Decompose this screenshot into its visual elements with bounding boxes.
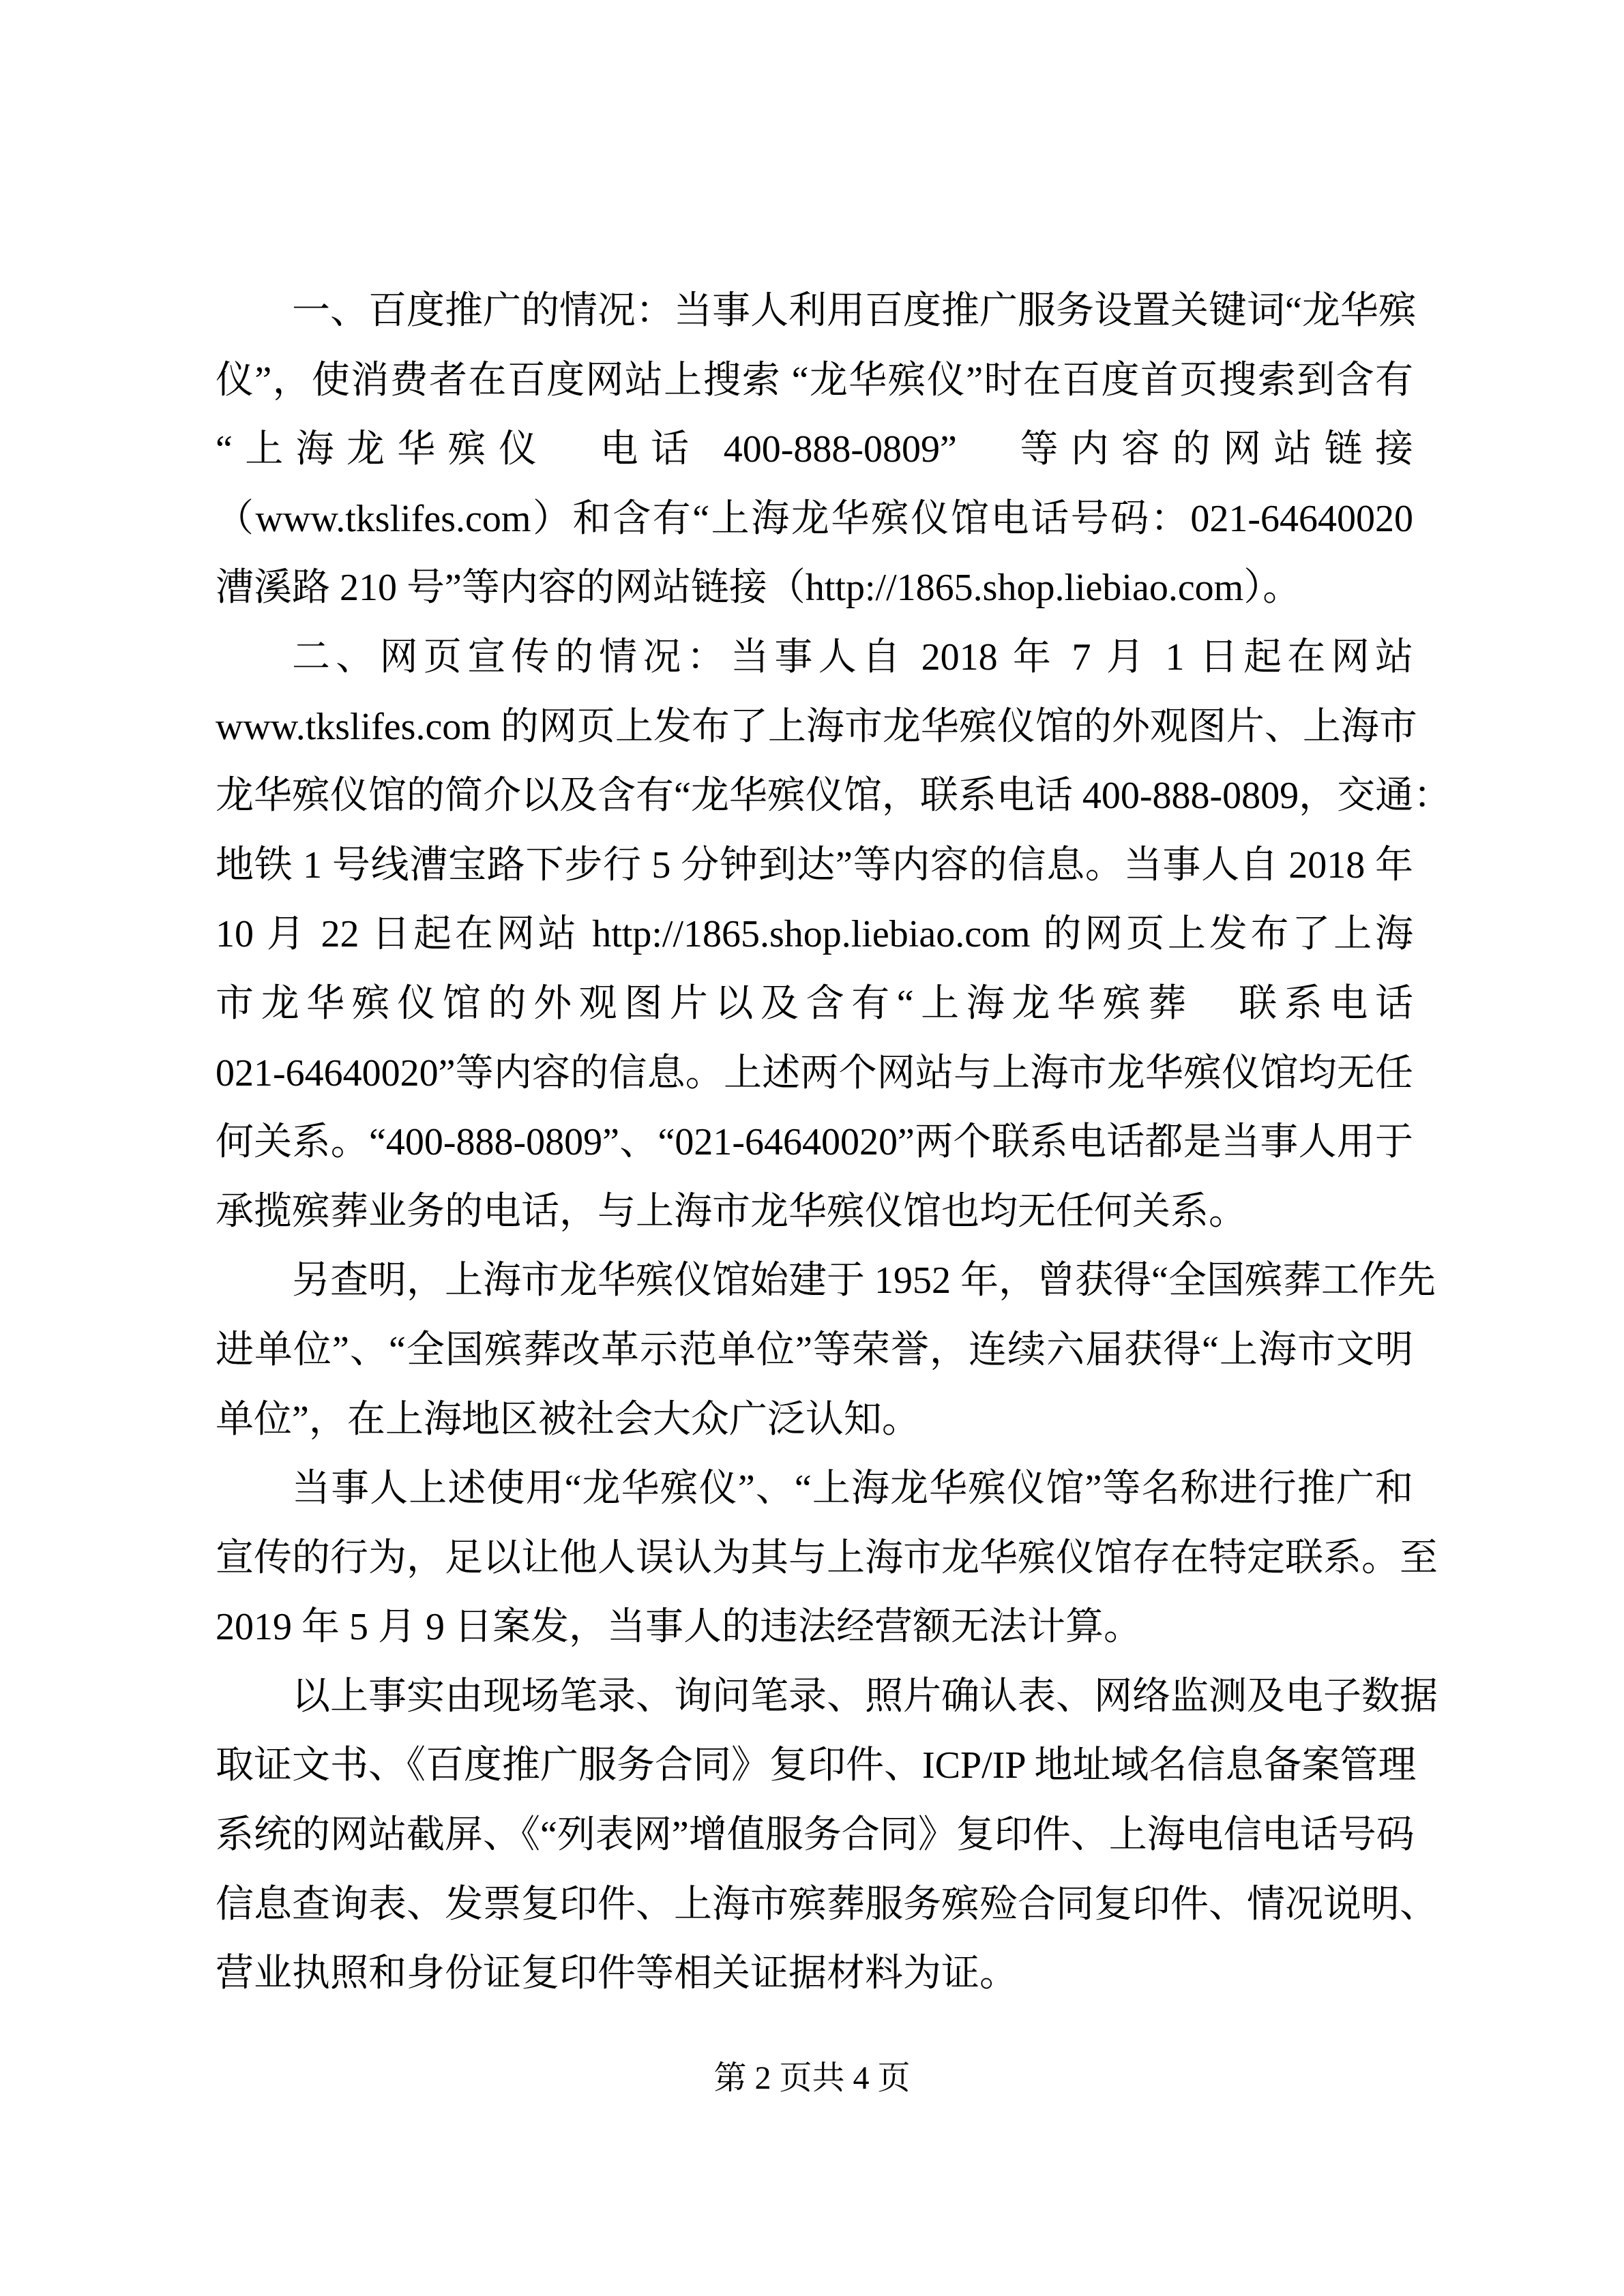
text-line: “上海龙华殡仪 电话 400-888-0809” 等内容的网站链接 — [216, 415, 1413, 485]
page-footer: 第 2 页共 4 页 — [0, 2055, 1624, 2102]
text-line: 021-64640020”等内容的信息。上述两个网站与上海市龙华殡仪馆均无任 — [216, 1039, 1413, 1109]
text-line: 10 月 22 日起在网站 http://1865.shop.liebiao.c… — [216, 900, 1413, 970]
text-line: 营业执照和身份证复印件等相关证据材料为证。 — [216, 1939, 1413, 2009]
text-line: 2019 年 5 月 9 日案发，当事人的违法经营额无法计算。 — [216, 1593, 1413, 1663]
text-line: 龙华殡仪馆的简介以及含有“龙华殡仪馆，联系电话 400-888-0809，交通： — [216, 762, 1413, 831]
text-line: 另查明，上海市龙华殡仪馆始建于 1952 年，曾获得“全国殡葬工作先 — [216, 1247, 1413, 1316]
text-line: 地铁 1 号线漕宝路下步行 5 分钟到达”等内容的信息。当事人自 2018 年 — [216, 831, 1413, 901]
text-line: （www.tkslifes.com）和含有“上海龙华殡仪馆电话号码：021-64… — [216, 485, 1413, 554]
text-line: 以上事实由现场笔录、询问笔录、照片确认表、网络监测及电子数据 — [216, 1663, 1413, 1732]
document-body: 一、百度推广的情况：当事人利用百度推广服务设置关键词“龙华殡仪”，使消费者在百度… — [216, 277, 1413, 2009]
text-line: www.tkslifes.com 的网页上发布了上海市龙华殡仪馆的外观图片、上海… — [216, 693, 1413, 762]
text-line: 二、网页宣传的情况：当事人自 2018 年 7 月 1 日起在网站 — [216, 623, 1413, 693]
text-line: 一、百度推广的情况：当事人利用百度推广服务设置关键词“龙华殡 — [216, 277, 1413, 346]
text-line: 信息查询表、发票复印件、上海市殡葬服务殡殓合同复印件、情况说明、 — [216, 1870, 1413, 1940]
text-line: 漕溪路 210 号”等内容的网站链接（http://1865.shop.lieb… — [216, 554, 1413, 623]
document-page: 一、百度推广的情况：当事人利用百度推广服务设置关键词“龙华殡仪”，使消费者在百度… — [0, 0, 1624, 2296]
text-line: 取证文书、《百度推广服务合同》复印件、ICP/IP 地址域名信息备案管理 — [216, 1731, 1413, 1801]
text-line: 市龙华殡仪馆的外观图片以及含有“上海龙华殡葬 联系电话 — [216, 970, 1413, 1039]
text-line: 仪”，使消费者在百度网站上搜索 “龙华殡仪”时在百度首页搜索到含有 — [216, 346, 1413, 416]
text-line: 何关系。“400-888-0809”、“021-64640020”两个联系电话都… — [216, 1108, 1413, 1178]
text-line: 进单位”、“全国殡葬改革示范单位”等荣誉，连续六届获得“上海市文明 — [216, 1316, 1413, 1386]
page-number: 第 2 页共 4 页 — [713, 2060, 910, 2096]
text-line: 承揽殡葬业务的电话，与上海市龙华殡仪馆也均无任何关系。 — [216, 1178, 1413, 1247]
text-line: 当事人上述使用“龙华殡仪”、“上海龙华殡仪馆”等名称进行推广和 — [216, 1455, 1413, 1524]
text-line: 单位”，在上海地区被社会大众广泛认知。 — [216, 1386, 1413, 1455]
text-line: 宣传的行为，足以让他人误认为其与上海市龙华殡仪馆存在特定联系。至 — [216, 1524, 1413, 1594]
text-line: 系统的网站截屏、《“列表网”增值服务合同》复印件、上海电信电话号码 — [216, 1801, 1413, 1870]
